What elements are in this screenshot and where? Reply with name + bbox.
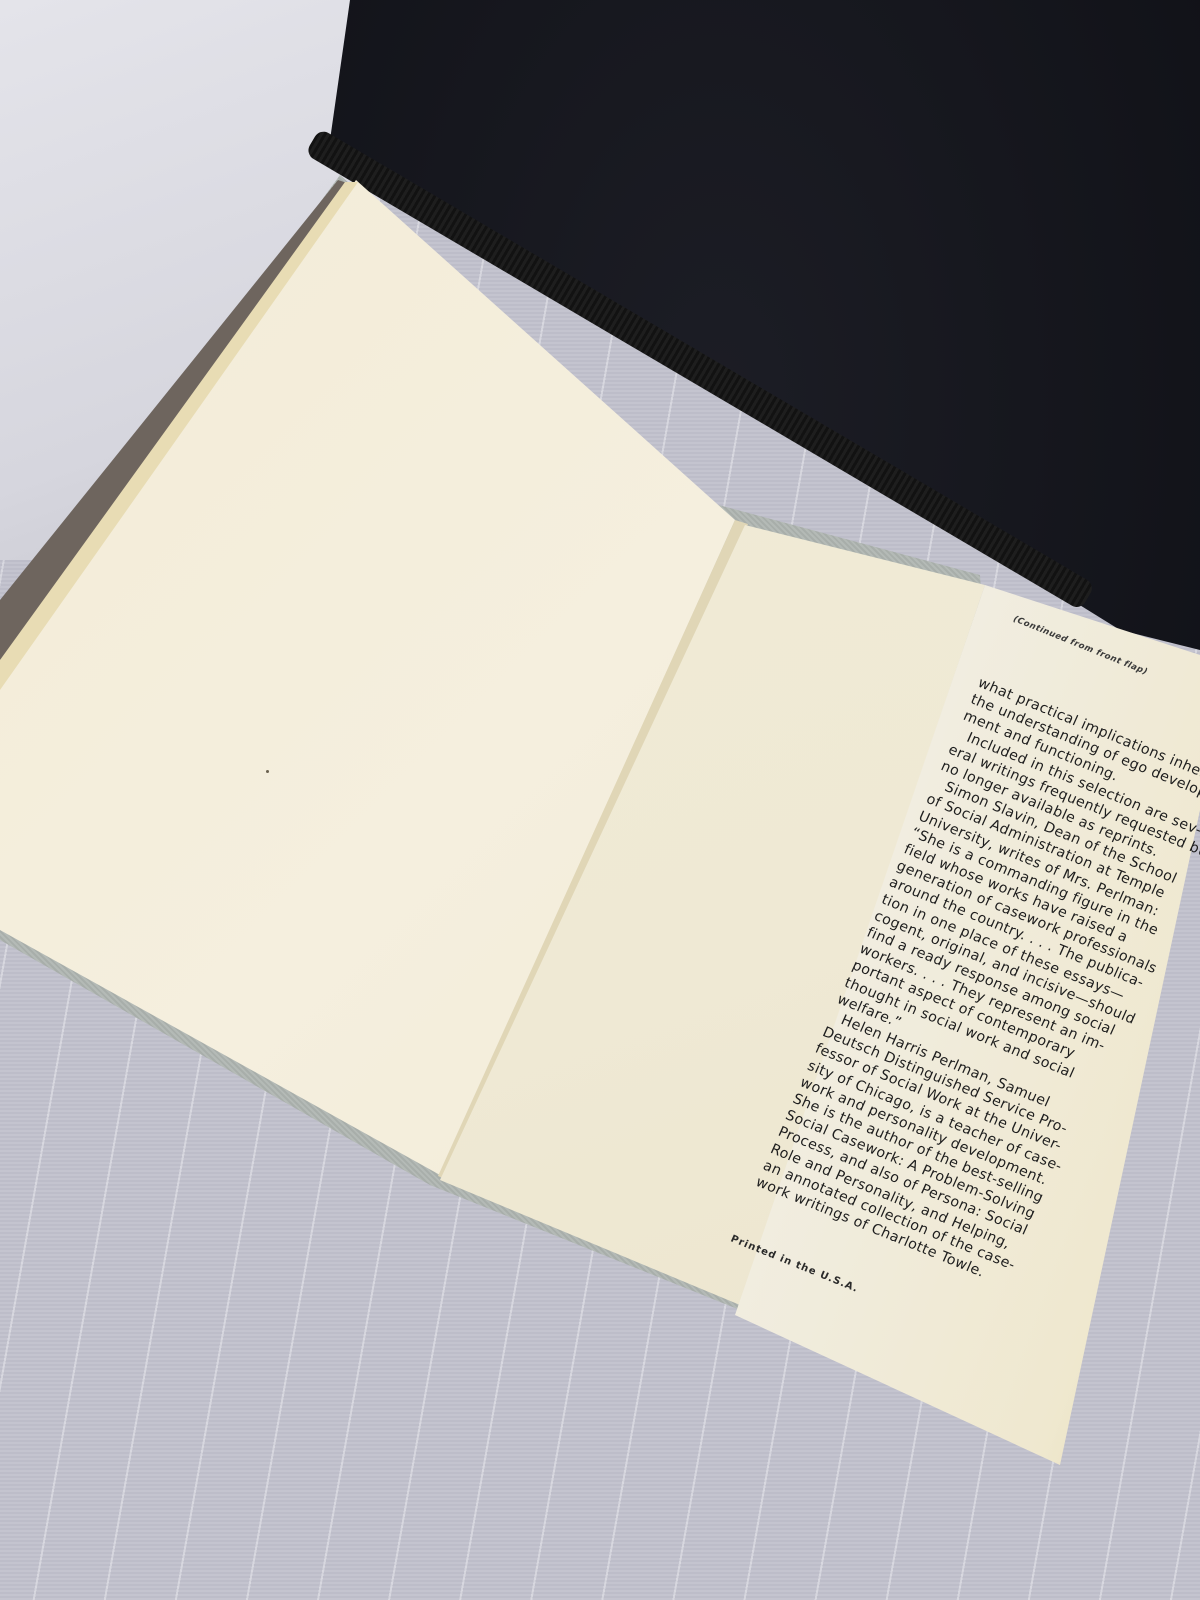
paper-speck [266, 770, 269, 773]
photo-scene: (Continued from front flap) what practic… [0, 0, 1200, 1600]
